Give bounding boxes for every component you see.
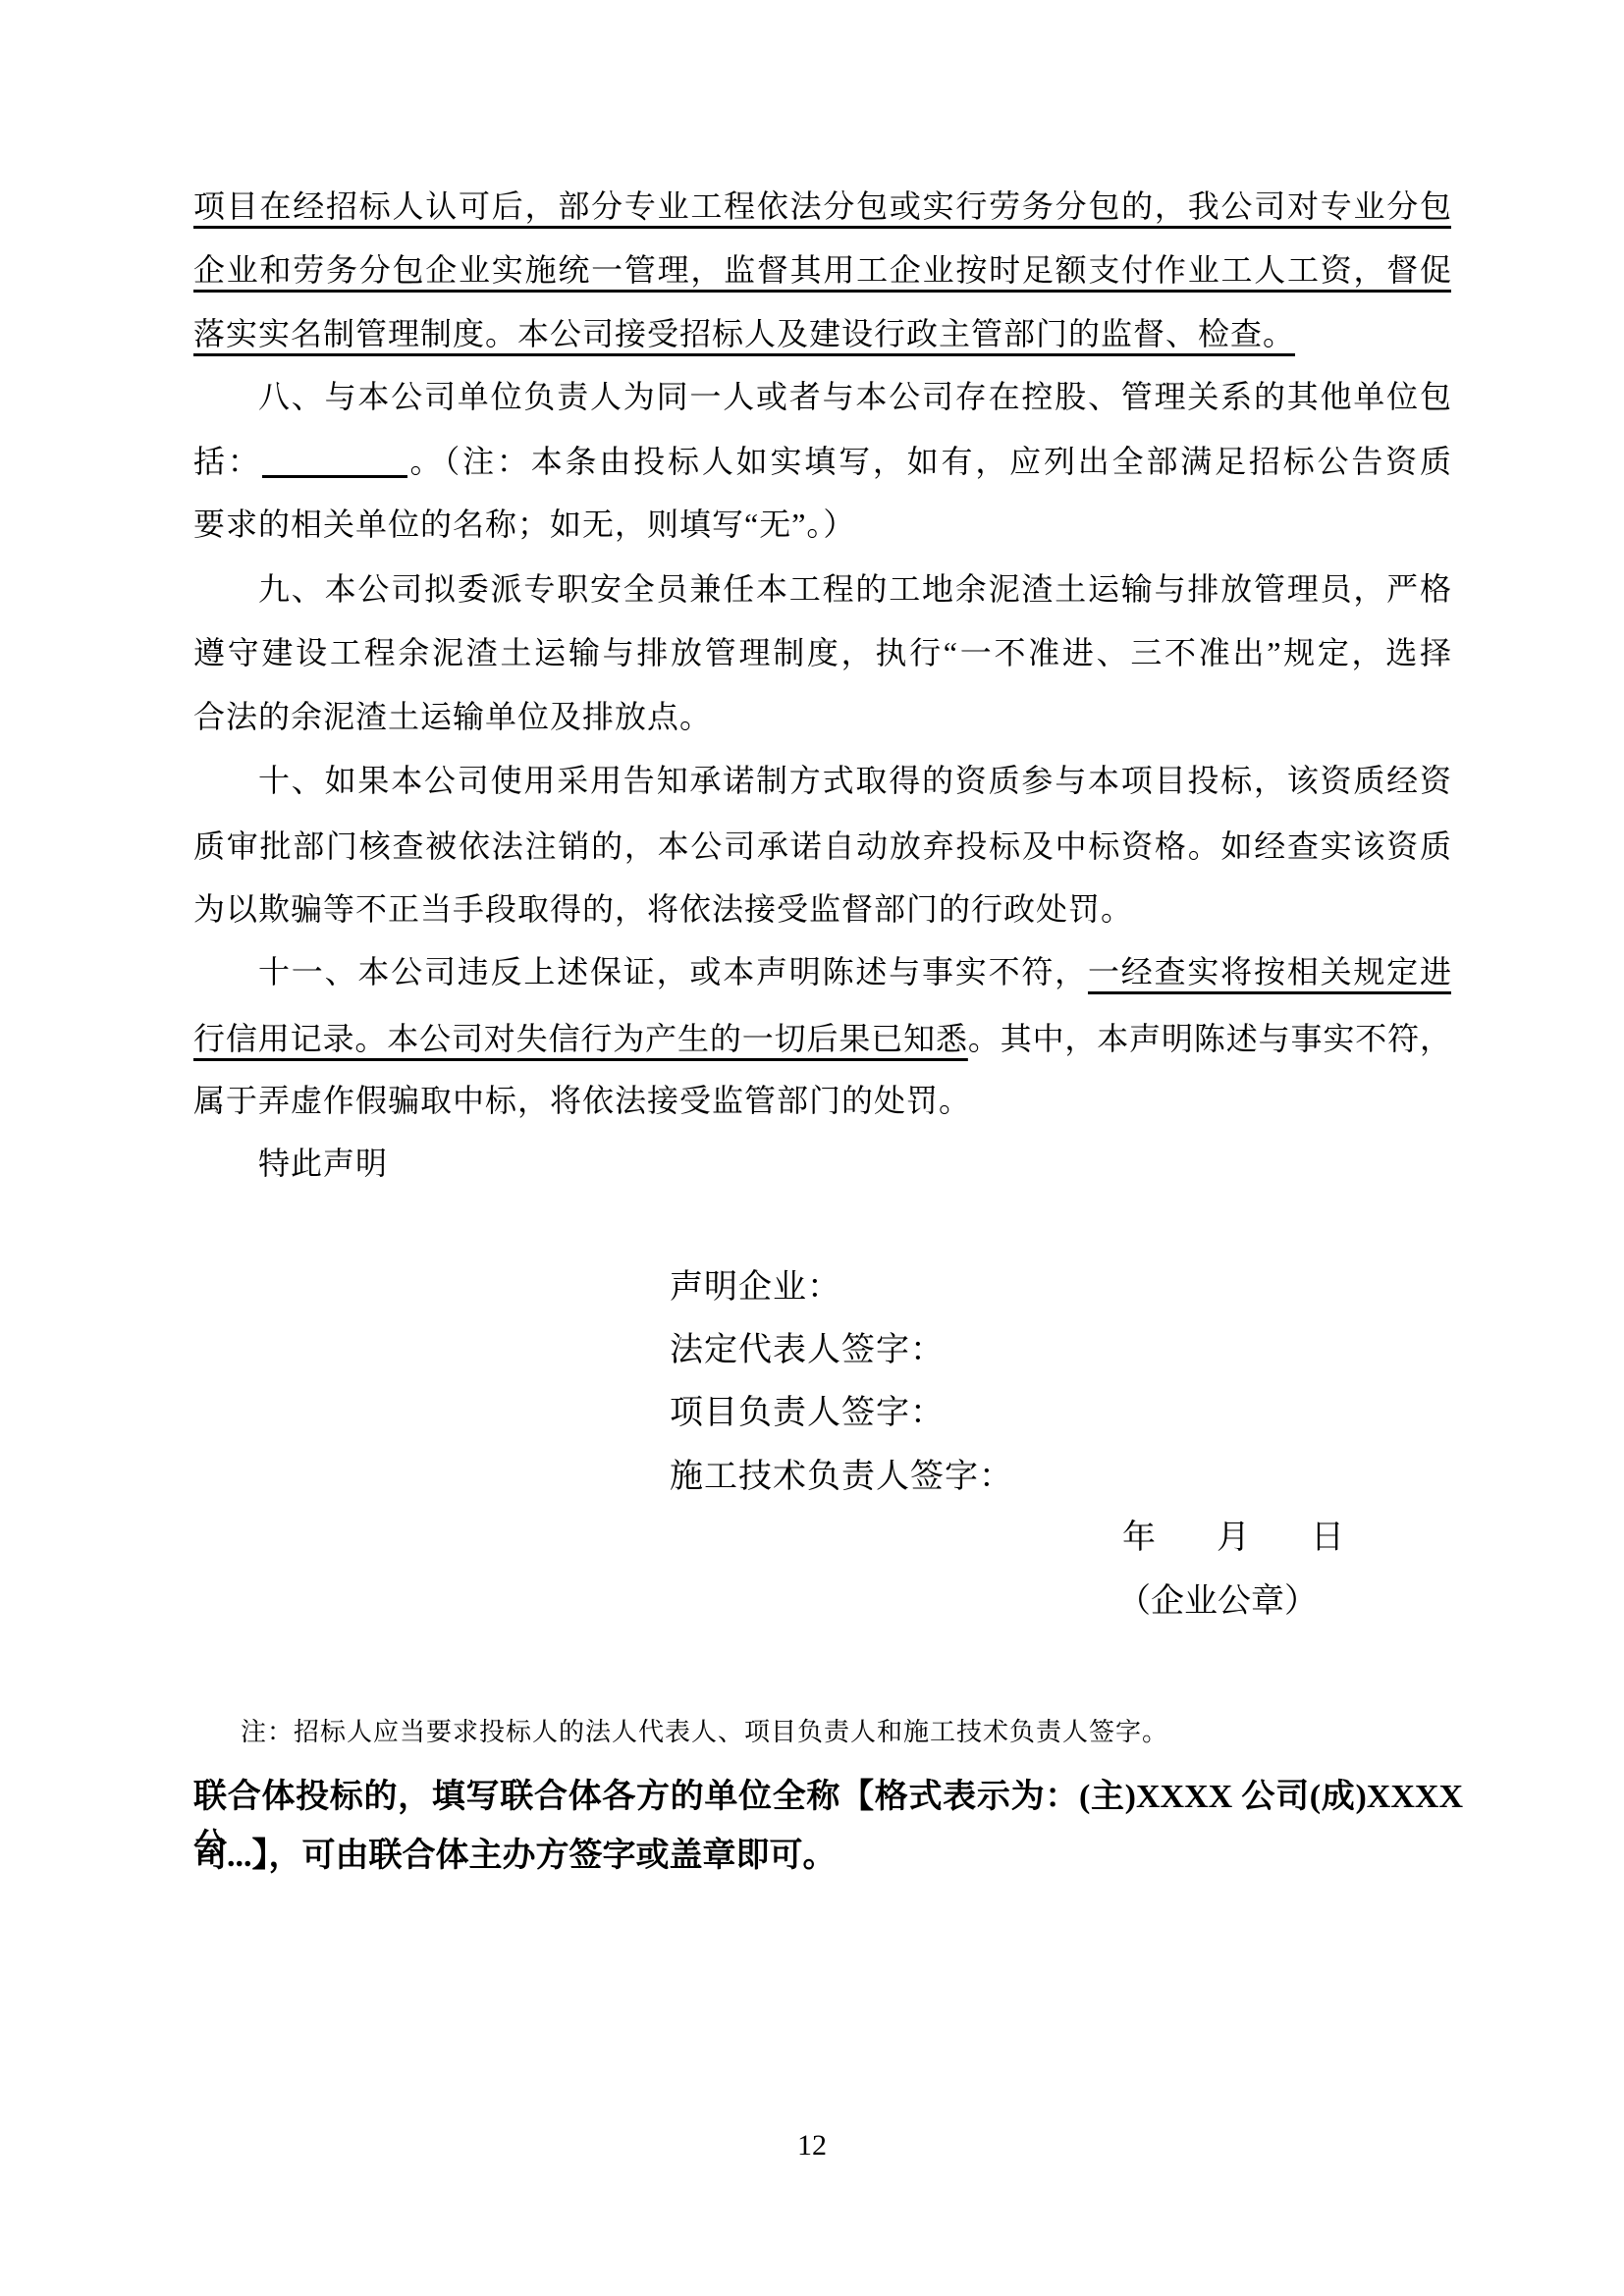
closing-statement: 特此声明 (193, 1142, 1451, 1185)
footnote: 注：招标人应当要求投标人的法人代表人、项目负责人和施工技术负责人签字。 (241, 1715, 1458, 1750)
item11-line-1: 十一、本公司违反上述保证，或本声明陈述与事实不符，一经查实将按相关规定进 (193, 950, 1451, 993)
continuation-line-1: 项目在经招标人认可后，部分专业工程依法分包或实行劳务分包的，我公司对专业分包 (193, 185, 1451, 228)
page-number: 12 (0, 2126, 1624, 2165)
document-page: 项目在经招标人认可后，部分专业工程依法分包或实行劳务分包的，我公司对专业分包 企… (0, 0, 1624, 2296)
item11-line2-plain: 。其中，本声明陈述与事实不符， (968, 1021, 1451, 1056)
project-manager-signature-label: 项目负责人签字： (670, 1391, 945, 1436)
item11-line-2: 行信用记录。本公司对失信行为产生的一切后果已知悉。其中，本声明陈述与事实不符， (193, 1017, 1451, 1060)
item11-line-3: 属于弄虚作假骗取中标，将依法接受监管部门的处罚。 (193, 1079, 1451, 1122)
construction-tech-manager-signature-label: 施工技术负责人签字： (670, 1455, 1013, 1500)
item8-line2-prefix: 括： (193, 444, 262, 479)
continuation-line-3: 落实实名制管理制度。本公司接受招标人及建设行政主管部门的监督、检查。 (193, 312, 1451, 355)
item9-line-3: 合法的余泥渣土运输单位及排放点。 (193, 695, 1451, 738)
item11-line1-underlined: 一经查实将按相关规定进 (1088, 954, 1451, 989)
joint-bid-note-line-2: 司...】，可由联合体主办方签字或盖章即可。 (193, 1832, 1463, 1881)
item10-line-1: 十、如果本公司使用采用告知承诺制方式取得的资质参与本项目投标，该资质经资 (193, 759, 1451, 802)
item8-line-3: 要求的相关单位的名称；如无，则填写“无”。） (193, 503, 1451, 546)
item11-line2-underlined: 行信用记录。本公司对失信行为产生的一切后果已知悉 (193, 1021, 968, 1056)
item10-line-3: 为以欺骗等不正当手段取得的，将依法接受监督部门的行政处罚。 (193, 887, 1451, 931)
item9-line-2: 遵守建设工程余泥渣土运输与排放管理制度，执行“一不准进、三不准出”规定，选择 (193, 631, 1451, 674)
item10-line-2: 质审批部门核查被依法注销的，本公司承诺自动放弃投标及中标资格。如经查实该资质 (193, 825, 1451, 868)
date-line: 年月日 (1122, 1516, 1344, 1561)
item8-line2-suffix: 。（注：本条由投标人如实填写，如有，应列出全部满足招标公告资质 (407, 444, 1451, 479)
item8-line-1: 八、与本公司单位负责人为同一人或者与本公司存在控股、管理关系的其他单位包 (193, 375, 1451, 418)
item9-line-1: 九、本公司拟委派专职安全员兼任本工程的工地余泥渣土运输与排放管理员，严格 (193, 567, 1451, 611)
company-seal-label: （企业公章） (1117, 1579, 1318, 1625)
month-label: 月 (1217, 1520, 1250, 1556)
year-label: 年 (1122, 1520, 1156, 1556)
legal-representative-signature-label: 法定代表人签字： (670, 1328, 945, 1373)
declaring-company-label: 声明企业： (670, 1265, 841, 1310)
day-label: 日 (1311, 1520, 1344, 1556)
fill-in-blank (262, 442, 407, 478)
item8-line-2: 括：。（注：本条由投标人如实填写，如有，应列出全部满足招标公告资质 (193, 440, 1451, 483)
item11-line1-plain: 十一、本公司违反上述保证，或本声明陈述与事实不符， (258, 954, 1088, 989)
continuation-line-2: 企业和劳务分包企业实施统一管理，监督其用工企业按时足额支付作业工人工资，督促 (193, 248, 1451, 292)
